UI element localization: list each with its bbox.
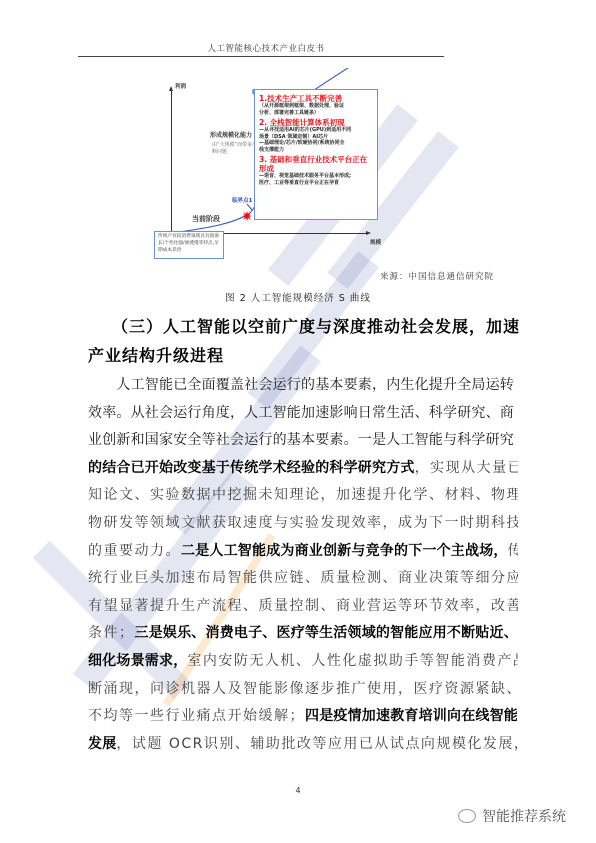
point-1-title: 1.技术生产工具不断完善 [259,94,373,103]
current-stage-label: 当前阶段 [192,214,220,224]
point-3-text: 医疗、工业等垂直行业平台正在孕育 [259,180,373,187]
body-line: 业创新和国家安全等社会运行的基本要素。一是人工智能与科学研究 [88,427,518,455]
point-3-title: 3. 基础和垂直行业技术平台正在形成 [259,155,373,173]
body-line: 不均等一些行业痛点开始缓解；四是疫情加速教育培训向在线智能化 [88,703,518,731]
text-segment: 知论文、实验数据中挖掘未知理论，加速提升化学、材料、物理、药 [88,487,518,503]
body-line: 发展，试题 OCR识别、辅助批改等应用已从试点向规模化发展，推动 [88,731,518,759]
text-segment: 断涌现，问诊机器人及智能影像逐步推广使用，医疗资源紧缺、分布 [88,681,518,697]
text-segment: 物研发等领域文献获取速度与实验发现效率，成为下一时期科技竞争 [88,515,518,531]
text-segment: ，试题 OCR识别、辅助批改等应用已从试点向规模化发展，推动 [116,736,518,752]
bold-text: 三是娱乐、消费电子、医疗等生活领域的智能应用不断贴近、 [135,625,518,641]
text-segment: ，实现从大量已 [415,460,518,476]
text-segment: 的重要动力。 [88,543,181,559]
critical-point-1-label: 临界点1 [232,196,252,204]
figure-source: 来源：中国信息通信研究院 [380,270,494,282]
body-line: 断涌现，问诊机器人及智能影像逐步推广使用，医疗资源紧缺、分布 [88,676,518,704]
text-segment: 业创新和国家安全等社会运行的基本要素。一是人工智能与科学研究 [88,432,514,448]
text-segment: 室内安防无人机、人性化虚拟助手等智能消费产品不 [187,653,518,669]
point-2-text: 栈支撑能力 [259,147,373,154]
text-segment: 效率。从社会运行角度，人工智能加速影响日常生活、科学研究、商 [88,405,514,421]
body-line: 统行业巨头加速布局智能供应链、质量检测、商业决策等细分应用， [88,565,518,593]
body-line: 的结合已开始改变基于传统学术经验的科学研究方式，实现从大量已 [88,455,518,483]
text-segment: 条件； [88,625,135,641]
header-divider [78,56,444,57]
body-line: 条件；三是娱乐、消费电子、医疗等生活领域的智能应用不断贴近、 [88,620,518,648]
section-heading-line-1: （三）人工智能以空前广度与深度推动社会发展，加速 [112,314,542,337]
body-line: 效率。从社会运行角度，人工智能加速影响日常生活、科学研究、商 [88,400,518,428]
body-line: 有望显著提升生产流程、质量控制、商业营运等环节效率，改善工作 [88,593,518,621]
page-number: 4 [0,786,596,795]
section-heading-line-2: 产业结构升级进程 [88,343,518,366]
body-paragraph: 人工智能已全面覆盖社会运行的基本要素，内生化提升全局运转效率。从社会运行角度，人… [88,372,518,758]
text-segment: 不均等一些行业痛点开始缓解； [88,708,305,724]
text-segment: 人工智能已全面覆盖社会运行的基本要素，内生化提升全局运转 [88,377,514,393]
wechat-watermark: 智能推荐系统 [458,806,566,826]
body-line: 人工智能已全面覆盖社会运行的基本要素，内生化提升全局运转 [88,372,518,400]
figure-caption: 图 2 人工智能规模经济 S 曲线 [0,290,596,304]
bold-text: 发展 [88,736,116,752]
bold-text: 细化场景需求， [88,653,187,669]
text-segment: 统行业巨头加速布局智能供应链、质量检测、商业决策等细分应用， [88,570,518,586]
running-header: 人工智能核心技术产业白皮书 [87,42,445,54]
body-line: 的重要动力。二是人工智能成为商业创新与竞争的下一个主战场，传 [88,538,518,566]
current-stage-burst-icon [242,211,252,221]
body-line: 细化场景需求，室内安防无人机、人性化虚拟助手等智能消费产品不 [88,648,518,676]
bold-text: 四是疫情加速教育培训向在线智能化 [305,708,518,724]
s-curve-figure: 利润 规模 临界点 2 临界点1 当前阶段 形成规模化能力 由“大规模”而带来垄… [140,68,465,268]
body-line: 物研发等领域文献获取速度与实验发现效率，成为下一时期科技竞争 [88,510,518,538]
point-2-title: 2. 全栈智能计算体系初现 [259,118,373,127]
scale-capability-title: 形成规模化能力 [210,130,252,139]
development-points-box: 1.技术生产工具不断完善 （从开源框架到框架、数据处理、验证 分析、部署完善工具… [254,89,378,220]
scale-capability-note: 由“大规模”而带来垄断问题 [212,142,260,155]
text-segment: 传 [508,543,518,559]
bold-text: 二是人工智能成为商业创新与竞争的下一个主战场， [181,543,508,559]
text-segment: 有望显著提升生产流程、质量控制、商业营运等环节效率，改善工作 [88,598,518,614]
wechat-icon [458,809,476,823]
body-line: 知论文、实验数据中挖掘未知理论，加速提升化学、材料、物理、药 [88,482,518,510]
wechat-account-name: 智能推荐系统 [482,806,566,826]
bold-text: 的结合已开始改变基于传统学术经验的科学研究方式 [88,460,415,476]
traditional-industry-note: 传统产业较消费领域具有链条长/个性化强/渗透慢等特点,早期成本昂贵 [154,231,224,259]
point-1-text: 分析、部署完善工具链条） [259,110,373,117]
